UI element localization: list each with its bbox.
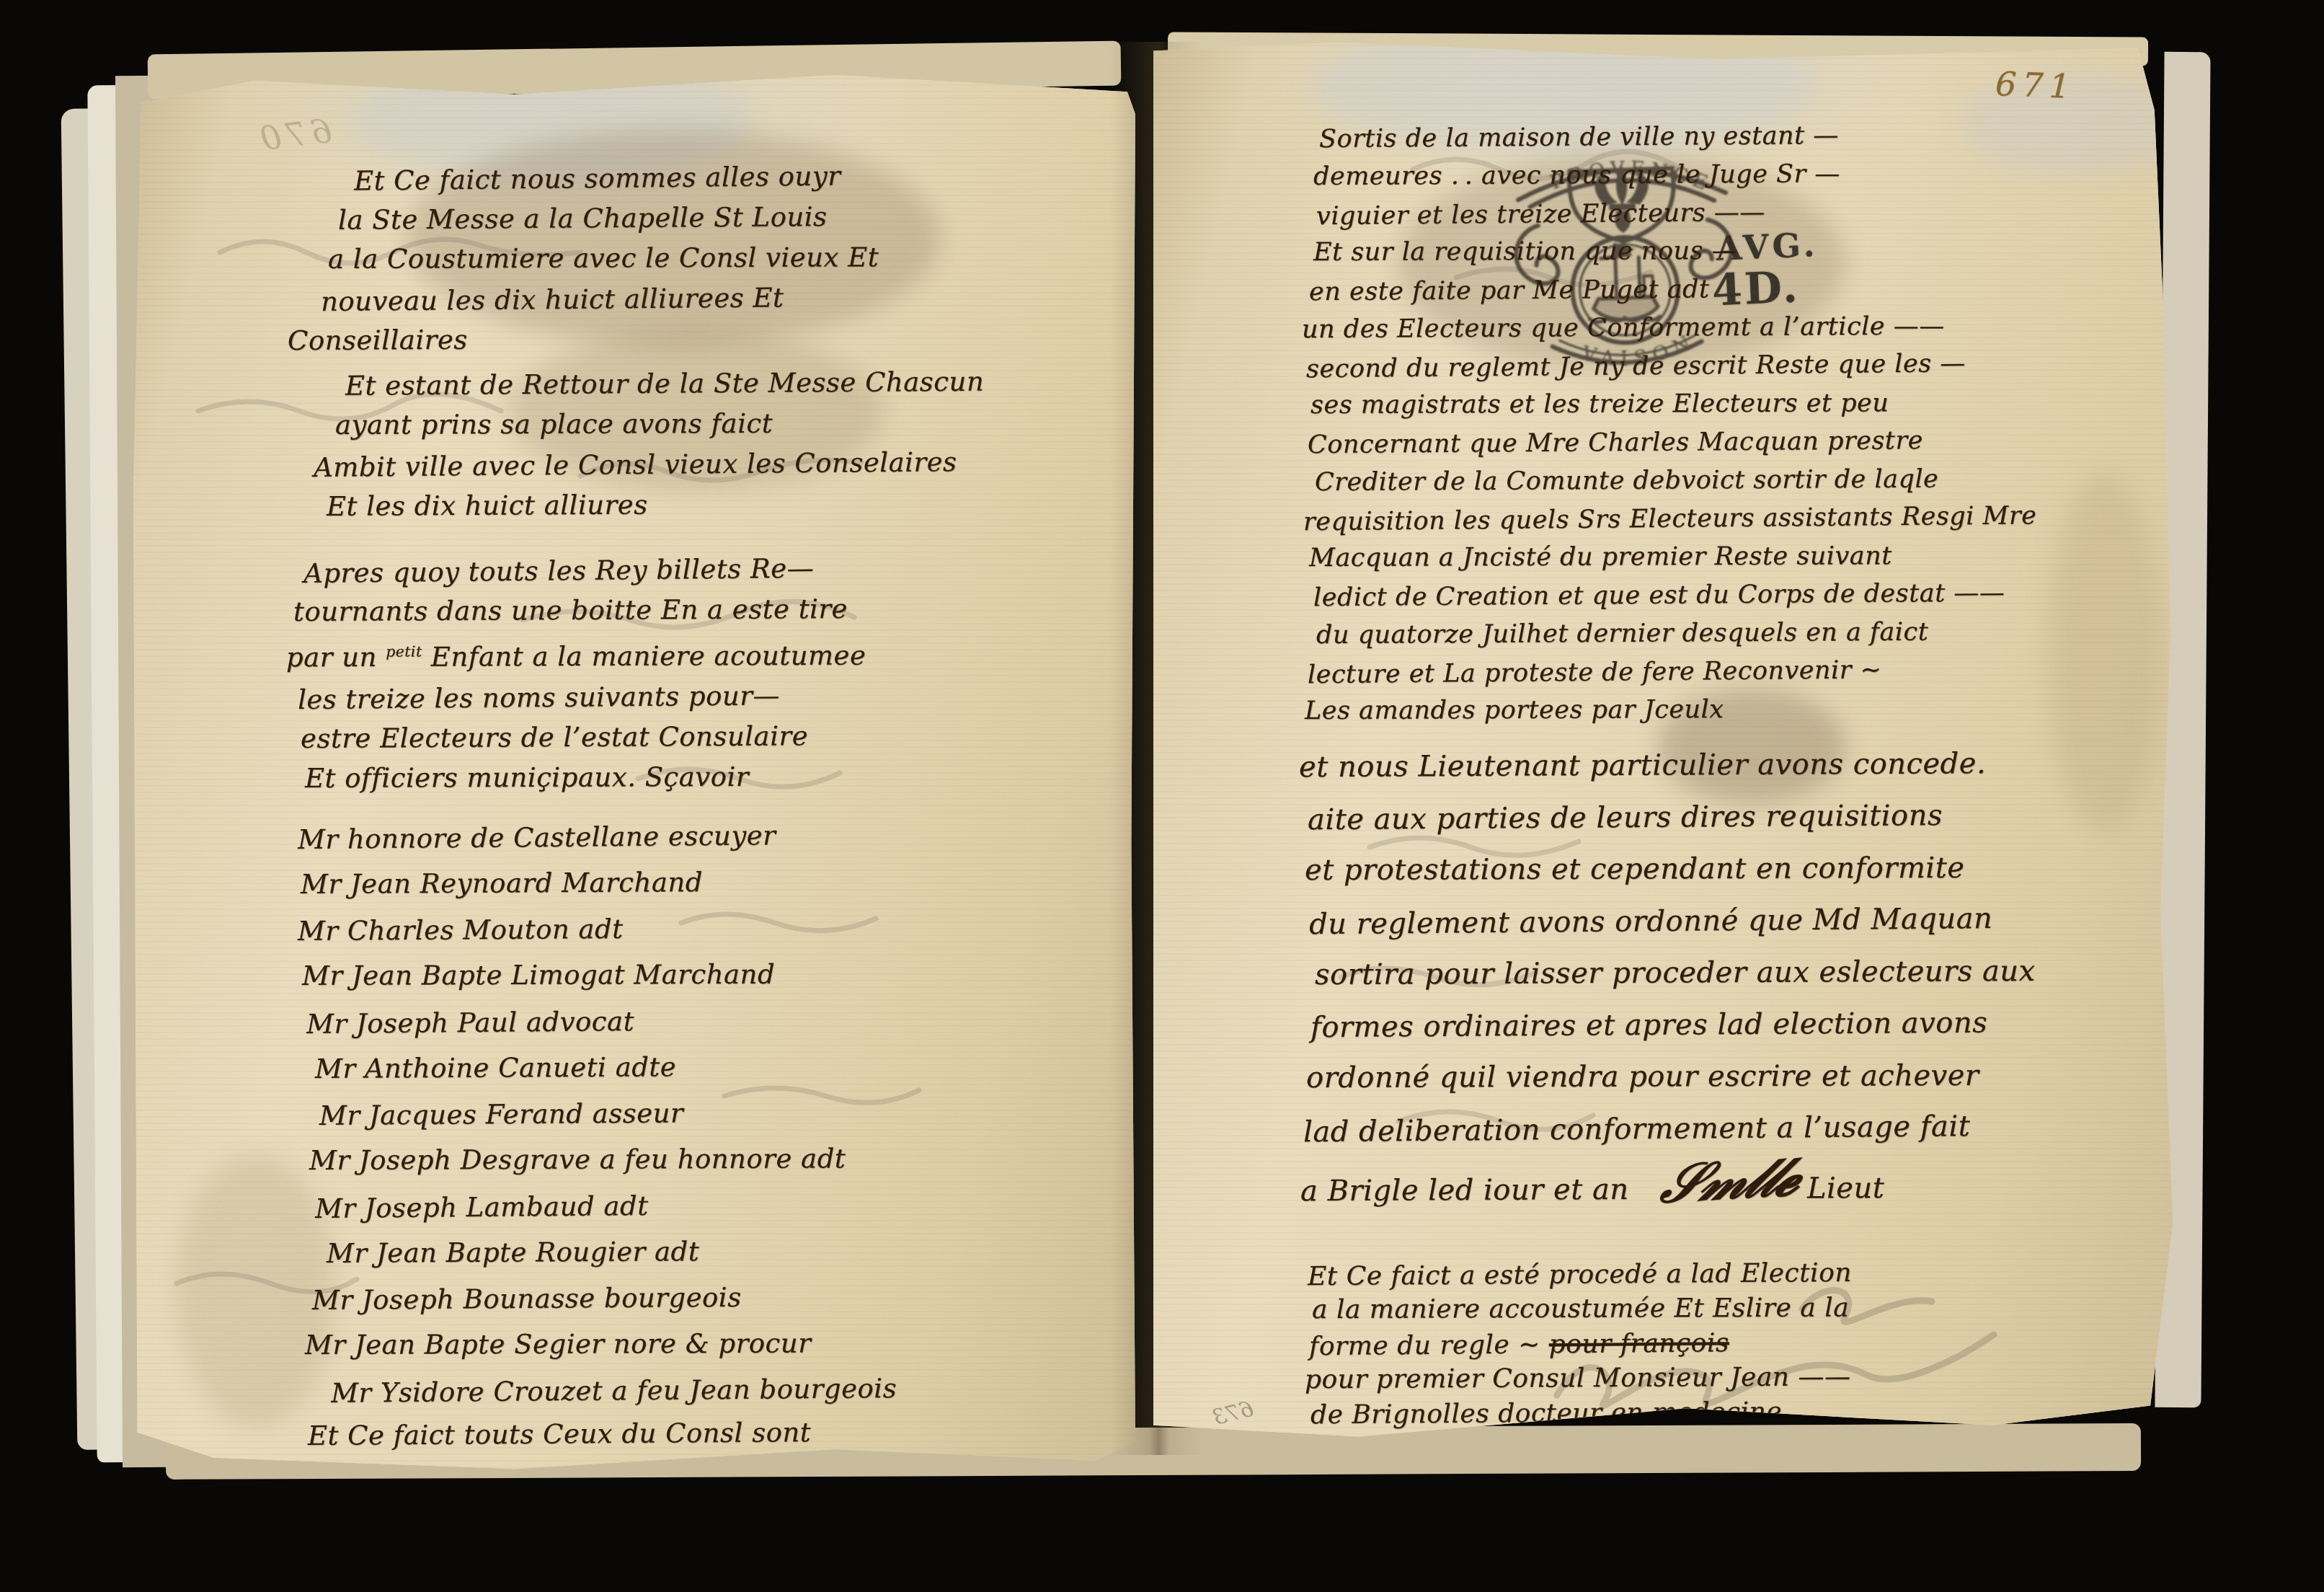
manuscript-line: ledict de Creation et que est du Corps d… — [1313, 573, 2171, 617]
manuscript-line: et nous Lieutenant particulier avons con… — [1299, 737, 2171, 793]
manuscript-line: nouveau les dix huict alliurees Et — [321, 275, 1127, 322]
manuscript-line: forme du regle ∼ pour françois — [1309, 1322, 2171, 1364]
manuscript-line: Mr honnore de Castellane escuyer — [298, 813, 1127, 860]
manuscript-line: du quatorze Juilhet dernier desquels en … — [1316, 612, 2171, 655]
manuscript-line: Macquan a Jncisté du premier Reste suiva… — [1309, 536, 2171, 578]
manuscript-line: formes ordinaires et apres lad election … — [1310, 996, 2171, 1053]
manuscript-line: Mr Jean Bapte Rougier adt — [327, 1229, 1127, 1274]
manuscript-line: Concernant que Mre Charles Macquan prest… — [1308, 420, 2171, 464]
manuscript-line: en este faite par Me Puget adt — [1309, 267, 2171, 311]
manuscript-line: viguier et les treize Electeurs —— — [1316, 190, 2171, 236]
manuscript-line: aite aux parties de leurs dires requisit… — [1308, 788, 2171, 846]
manuscript-line: Sortis de la maison de ville ny estant — — [1319, 115, 2171, 159]
manuscript-line: la Ste Messe a la Chapelle St Louis — [338, 195, 1127, 241]
manuscript-line: Et Ce faict touts Ceux du Consl sont — [308, 1410, 1127, 1456]
manuscript-line: un des Electeurs que Conformemt a l’arti… — [1302, 306, 2171, 349]
manuscript-line: Et Ce faict a esté procedé a lad Electio… — [1308, 1254, 2171, 1294]
manuscript-line: Mr Ysidore Crouzet a feu Jean bourgeois — [331, 1367, 1127, 1415]
left-page: 670 Et Ce faict nous sommes alles ouyrla… — [133, 72, 1135, 1474]
manuscript-line: Et les dix huict alliures — [327, 482, 1127, 527]
folio-number: 671 — [1995, 64, 2077, 106]
manuscript-line: les treize les noms suivants pour— — [298, 673, 1127, 720]
manuscript-line: ordonné quil viendra pour escrire et ach… — [1306, 1049, 2171, 1104]
manuscript-line: Ambit ville avec le Consl vieux les Cons… — [314, 441, 1127, 488]
manuscript-scan: 670 Et Ce faict nous sommes alles ouyrla… — [0, 0, 2324, 1592]
manuscript-line: du reglement avons ordonné que Md Maquan — [1309, 891, 2172, 950]
manuscript-line: Et Ce faict nous sommes alles ouyr — [354, 153, 1127, 201]
manuscript-line: a la maniere accoustumée Et Eslire a la — [1312, 1290, 2171, 1327]
manuscript-line: ses magistrats et les treize Electeurs e… — [1310, 384, 2171, 425]
manuscript-line: requisition les quels Srs Electeurs assi… — [1303, 496, 2171, 542]
manuscript-line: Et officiers muniçipaux. Sçavoir — [305, 756, 1127, 799]
manuscript-line: Mr Joseph Desgrave a feu honnore adt — [309, 1138, 1127, 1181]
manuscript-line: tournants dans une boitte En a este tire — [293, 588, 1127, 632]
manuscript-line: Mr Joseph Paul advocat — [306, 997, 1127, 1045]
ghost-folio-670: 670 — [254, 111, 334, 159]
manuscript-line: sortira pour laisser proceder aux eslect… — [1315, 945, 2171, 1001]
manuscript-line: Mr Jacques Ferand asseur — [319, 1090, 1127, 1136]
manuscript-line: demeures . . avec nous que le Juge Sr — — [1313, 154, 2171, 196]
manuscript-line: a Brigle led iour et an 𝒮𝓂𝓁𝓁𝓮 Lieut — [1300, 1152, 2171, 1217]
manuscript-line: Et sur la requisition que nous — — [1313, 231, 2171, 272]
manuscript-line: et protestations et cependant en conform… — [1305, 841, 2171, 896]
manuscript-line: Mr Joseph Bounasse bourgeois — [312, 1275, 1127, 1321]
manuscript-line: Crediter de la Comunte debvoict sortir d… — [1315, 459, 2171, 502]
ghost-folio-673: 673 — [1210, 1397, 1256, 1431]
right-page-text: Sortis de la maison de ville ny estant —… — [1313, 118, 2171, 1430]
manuscript-line: ayant prins sa place avons faict — [335, 402, 1127, 446]
left-page-text: Et Ce faict nous sommes alles ouyrla Ste… — [319, 157, 1127, 1454]
manuscript-line: estre Electeurs de l’estat Consulaire — [301, 715, 1127, 759]
manuscript-line: second du reglemt Je ny de escrit Reste … — [1306, 343, 2171, 389]
manuscript-line: Apres quoy touts les Rey billets Re— — [303, 545, 1127, 594]
right-page: 673 671 — [1153, 40, 2177, 1448]
manuscript-line: Mr Jean Bapte Segier nore & procur — [305, 1322, 1127, 1366]
manuscript-line: Mr Anthoine Canueti adte — [315, 1045, 1127, 1089]
signature-paraph: 𝒮𝓂𝓁𝓁𝓮 — [1657, 1151, 1804, 1211]
manuscript-line: Mr Charles Mouton adt — [298, 906, 1127, 952]
manuscript-line: a la Coustumiere avec le Consl vieux Et — [328, 236, 1127, 280]
manuscript-line: par un petit Enfant a la maniere acoutum… — [286, 629, 1127, 678]
manuscript-line: Et estant de Rettour de la Ste Messe Cha… — [345, 361, 1127, 407]
manuscript-line: lecture et La proteste de fere Reconveni… — [1308, 649, 2171, 694]
manuscript-line: Mr Jean Bapte Limogat Marchand — [302, 953, 1127, 996]
manuscript-line: Conseillaires — [288, 317, 1127, 361]
manuscript-line: Mr Jean Reynoard Marchand — [301, 860, 1127, 905]
manuscript-line: pour premier Consul Monsieur Jean —— — [1305, 1358, 2171, 1397]
manuscript-line: Les amandes portees par Jceulx — [1305, 689, 2171, 730]
manuscript-line: Mr Joseph Lambaud adt — [315, 1182, 1127, 1229]
